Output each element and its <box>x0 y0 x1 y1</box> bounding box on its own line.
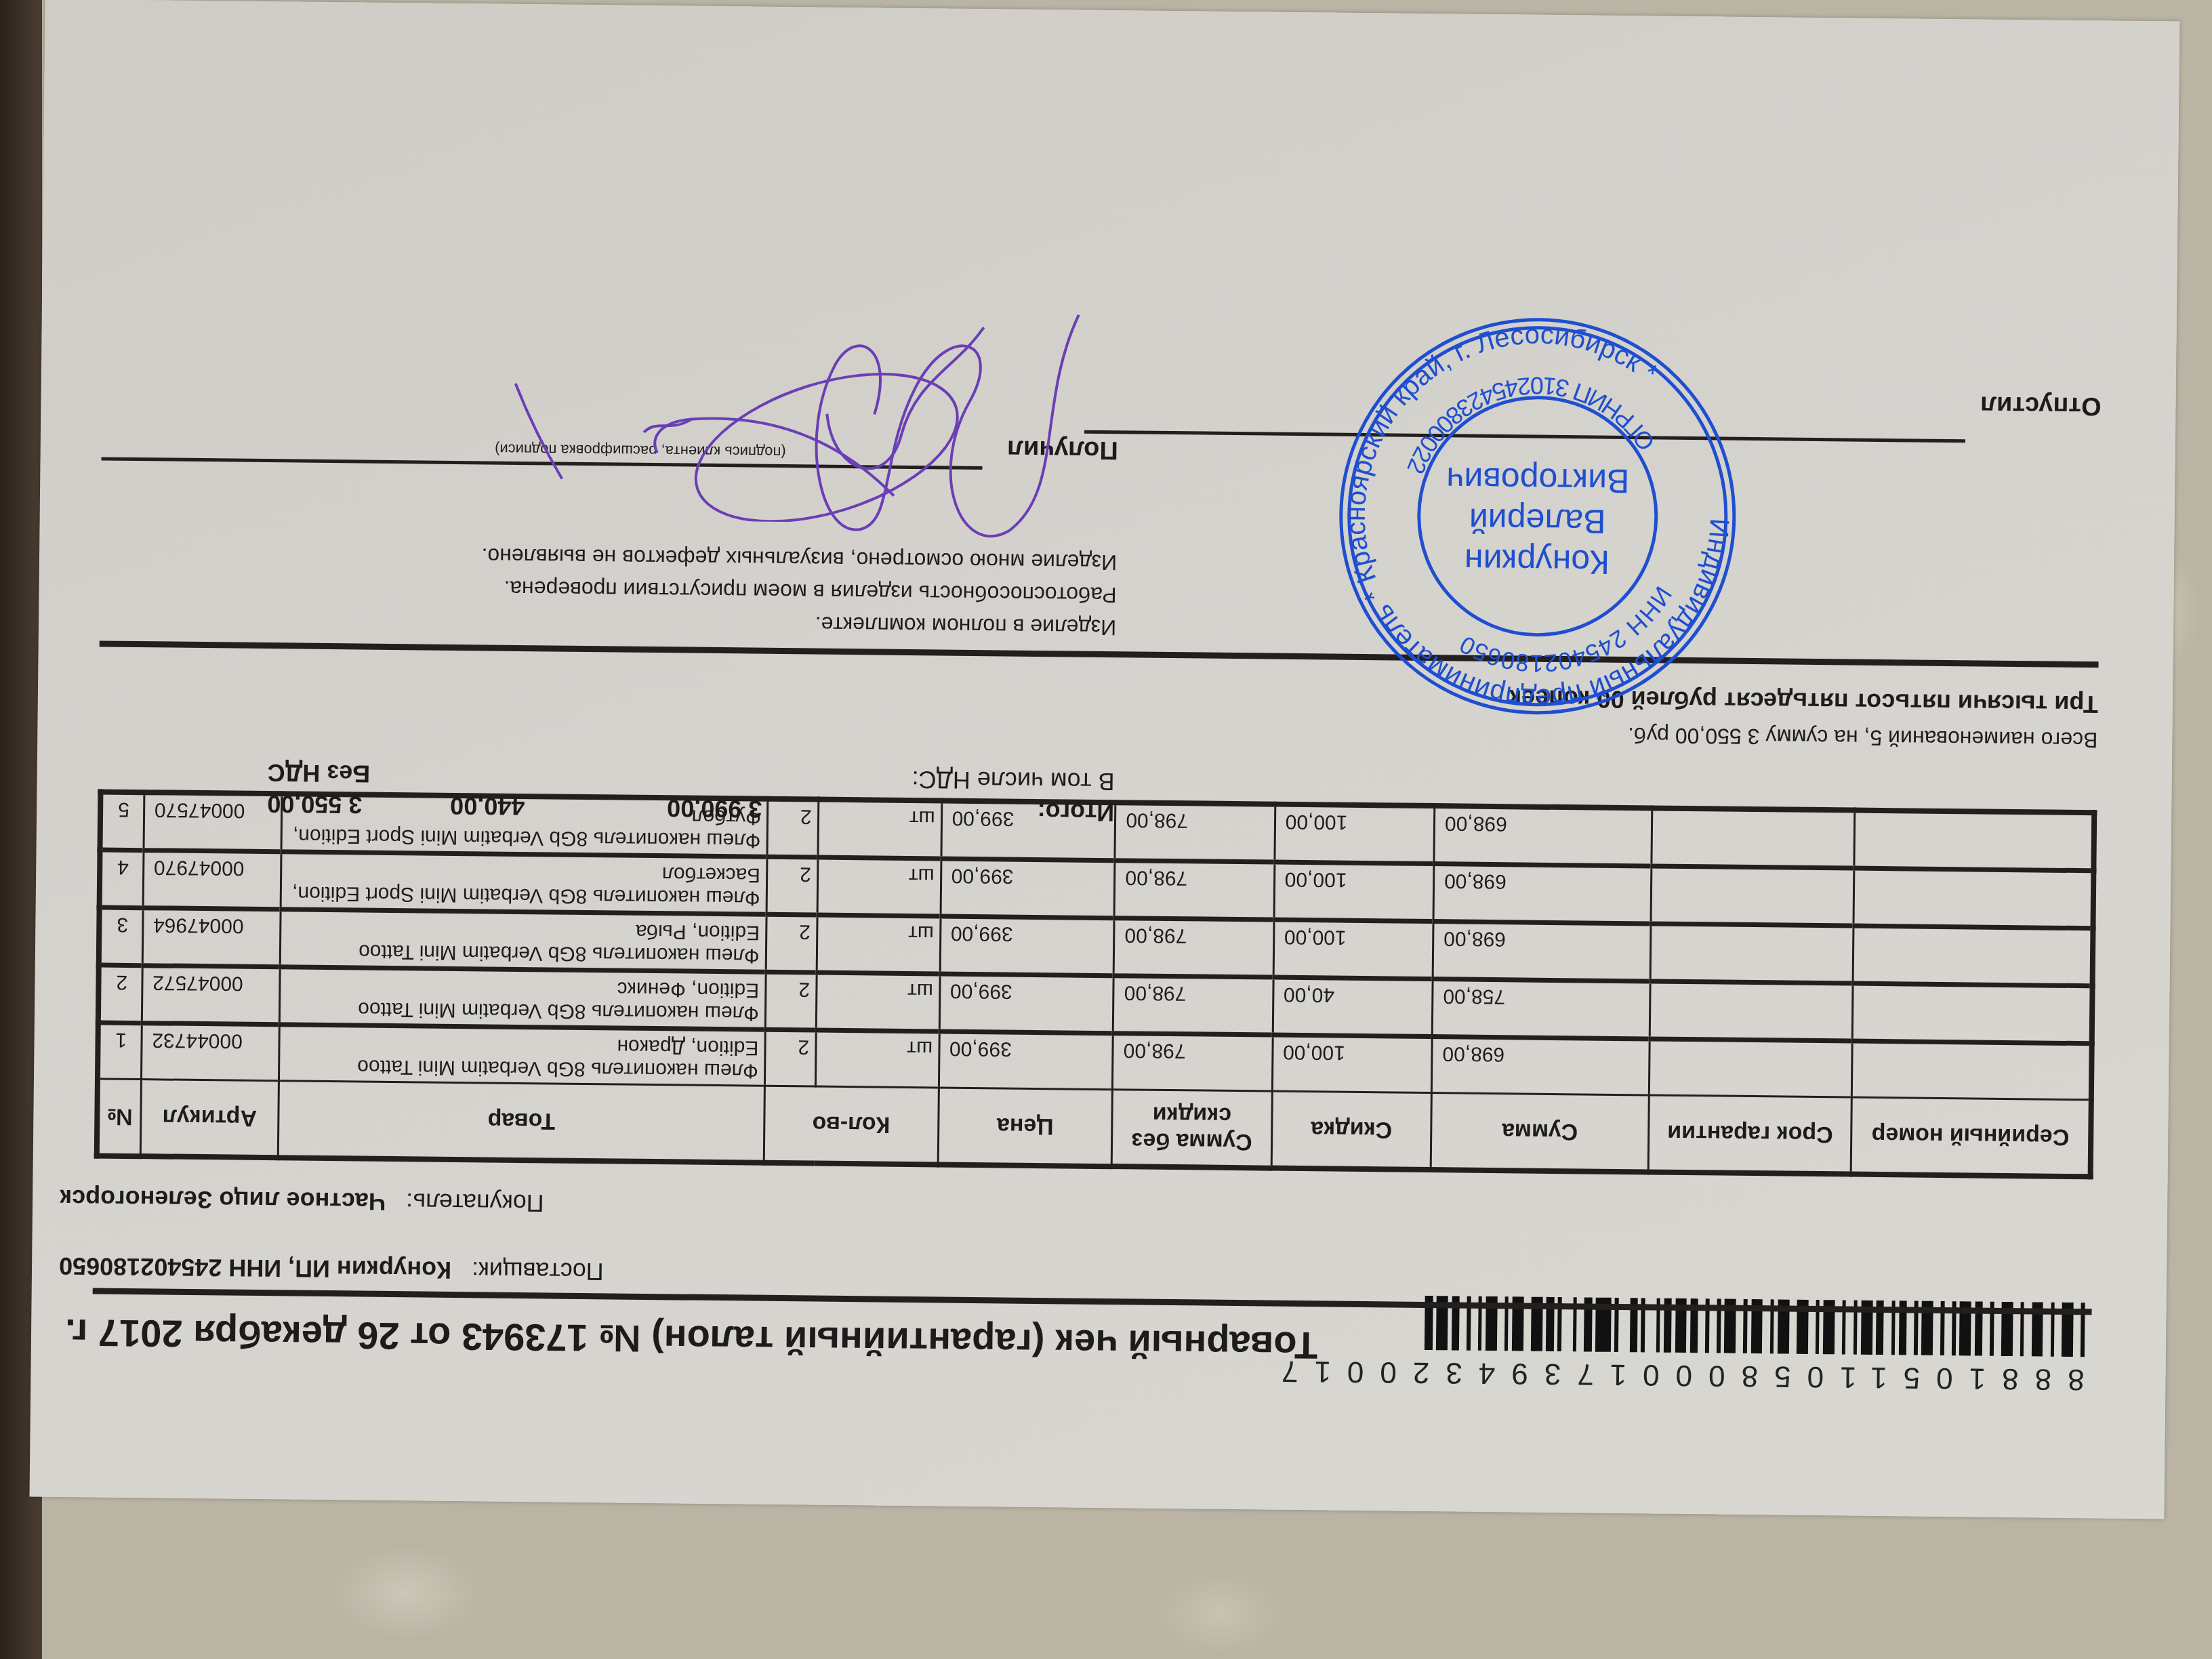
buyer-value: Частное лицо Зеленогорск <box>60 1185 386 1216</box>
document-title: Товарный чек (гарантийный талон) № 17394… <box>65 1311 1462 1370</box>
receipt-document: 8881051105800017394320017 Товарный чек (… <box>30 0 2180 1519</box>
released-label: Отпустил <box>1980 390 2102 421</box>
cell-sum: 698,00 <box>1434 806 1652 866</box>
cell-price: 399,00 <box>940 916 1115 976</box>
cell-sku: 00044732 <box>141 1023 279 1081</box>
buyer-label: Покупатель: <box>406 1188 544 1217</box>
cell-number: 4 <box>100 850 144 908</box>
totals-subtotal: 3 990,00 <box>667 794 802 823</box>
note-line: Работоспособность изделия в моем присутс… <box>481 572 1117 611</box>
company-stamp: Индивидуальный предприниматель * Красноя… <box>1332 311 1743 722</box>
supplier-label: Поставщик: <box>472 1256 604 1286</box>
cell-number: 1 <box>98 1023 142 1080</box>
cell-sku: 00047970 <box>143 851 281 909</box>
header-number: № <box>97 1079 141 1156</box>
cell-discount: 40,00 <box>1273 977 1433 1036</box>
cell-subtotal: 798,00 <box>1113 1033 1273 1091</box>
cell-warranty <box>1649 1039 1852 1097</box>
cell-qty: 2 <box>765 972 817 1030</box>
cell-sum: 698,00 <box>1433 922 1651 981</box>
supplier-line: Поставщик: Конуркин ИП, ИНН 245402180650 <box>59 1252 1441 1294</box>
vat-value: Без НДС <box>268 758 417 788</box>
cell-discount: 100,00 <box>1275 804 1435 864</box>
cell-subtotal: 798,00 <box>1113 976 1273 1035</box>
cell-price: 399,00 <box>941 859 1115 918</box>
cell-price: 399,00 <box>939 1031 1113 1090</box>
cell-subtotal: 798,00 <box>1113 918 1273 977</box>
cell-warranty <box>1650 981 1853 1041</box>
cell-warranty <box>1652 808 1855 868</box>
vat-label: В том числе НДС: <box>912 765 1115 796</box>
header-price: Цена <box>938 1088 1113 1166</box>
header-subtotal: Сумма без скидки <box>1112 1090 1273 1168</box>
cell-serial <box>1853 926 2093 986</box>
svg-text:Конуркин: Конуркин <box>1465 542 1610 581</box>
svg-text:Викторович: Викторович <box>1446 460 1630 500</box>
cell-subtotal: 798,00 <box>1114 861 1274 920</box>
cell-unit: шт <box>817 857 941 916</box>
cell-discount: 100,00 <box>1272 1035 1432 1092</box>
header-discount: Скидка <box>1271 1091 1432 1170</box>
totals-block: Итого: 3 990,00440,003 550,00 В том числ… <box>98 754 1115 827</box>
cell-price: 399,00 <box>939 974 1114 1033</box>
cell-discount: 100,00 <box>1273 920 1433 979</box>
cell-warranty <box>1651 866 1854 926</box>
cell-serial <box>1854 811 2094 871</box>
totals-label: Итого: <box>1037 798 1114 827</box>
cell-sku: 00047572 <box>142 966 280 1025</box>
header-sku: Артикул <box>140 1080 279 1158</box>
items-summary: Всего наименований 5, на сумму 3 550,00 … <box>1628 722 2098 752</box>
header-sum: Сумма <box>1431 1093 1649 1172</box>
cell-item: Флеш накопитель 8Gb Verbatim Mini Tattoo… <box>280 909 766 972</box>
cell-unit: шт <box>816 972 940 1031</box>
cell-qty: 2 <box>766 914 817 972</box>
header-serial: Серийный номер <box>1851 1097 2091 1176</box>
cell-sku: 00047964 <box>142 908 281 967</box>
cell-subtotal: 798,00 <box>1115 802 1275 862</box>
items-table: Серийный номер Срок гарантии Сумма Скидк… <box>94 789 2097 1179</box>
cell-item: Флеш накопитель 8Gb Verbatim Mini Tattoo… <box>279 967 766 1030</box>
cell-item: Флеш накопитель 8Gb Verbatim Mini Sport … <box>281 852 767 915</box>
cell-item: Флеш накопитель 8Gb Verbatim Mini Tattoo… <box>279 1025 765 1086</box>
svg-text:Валерий: Валерий <box>1469 501 1606 541</box>
cell-sum: 758,00 <box>1432 979 1650 1039</box>
cell-unit: шт <box>815 1030 939 1088</box>
receipt-paper: 8881051105800017394320017 Товарный чек (… <box>30 0 2180 1519</box>
cell-sum: 698,00 <box>1433 864 1652 924</box>
cell-discount: 100,00 <box>1274 862 1434 921</box>
cell-serial <box>1853 868 2093 928</box>
header-warranty: Срок гарантии <box>1648 1095 1852 1174</box>
buyer-line: Покупатель: Частное лицо Зеленогорск <box>60 1184 1442 1227</box>
supplier-value: Конуркин ИП, ИНН 245402180650 <box>59 1252 451 1284</box>
customer-signature <box>460 342 977 524</box>
cell-serial <box>1853 983 2093 1044</box>
cell-serial <box>1852 1041 2092 1100</box>
header-item: Товар <box>278 1081 764 1163</box>
cell-number: 2 <box>98 965 142 1023</box>
section-divider <box>100 640 2099 668</box>
totals-discount: 440,00 <box>450 792 572 821</box>
totals-sum: 3 550,00 <box>267 790 416 819</box>
cell-unit: шт <box>817 915 941 974</box>
cell-warranty <box>1650 924 1853 983</box>
cell-number: 3 <box>99 907 143 966</box>
note-line: Изделие в полном комплекте. <box>480 605 1116 644</box>
barcode-digits: 8881051105800017394320017 <box>1420 1355 2084 1396</box>
cell-qty: 2 <box>764 1029 816 1086</box>
header-qty: Кол-во <box>764 1086 939 1164</box>
cell-qty: 2 <box>766 857 818 915</box>
cell-sum: 698,00 <box>1431 1037 1650 1095</box>
